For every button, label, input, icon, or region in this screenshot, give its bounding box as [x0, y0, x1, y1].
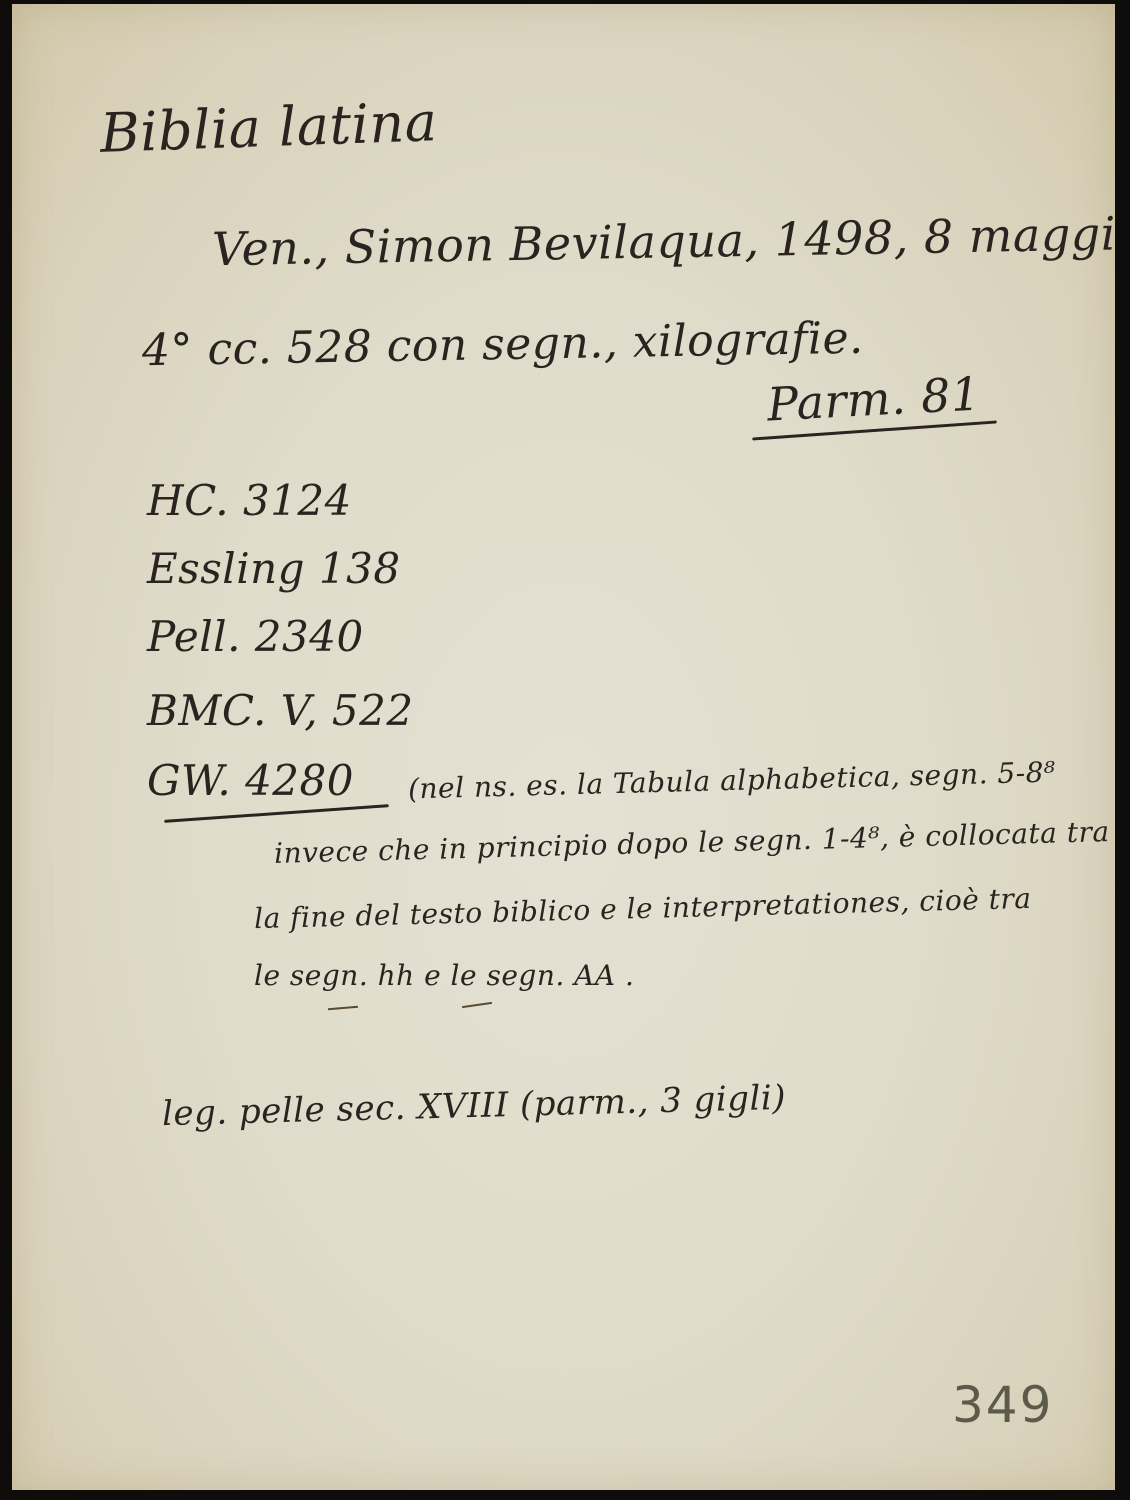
hh-underline	[328, 1006, 358, 1011]
binding-note: leg. pelle sec. XVIII (parm., 3 gigli)	[162, 1078, 787, 1134]
note-line-1: (nel ns. es. la Tabula alphabetica, segn…	[408, 756, 1056, 806]
note-line-2: invece che in principio dopo le segn. 1-…	[274, 815, 1110, 870]
note-line-3: la fine del testo biblico e le interpret…	[254, 882, 1032, 935]
card-title: Biblia latina	[99, 90, 438, 165]
aa-underline	[462, 1002, 492, 1008]
shelfmark: Parm. 81	[766, 366, 982, 431]
reference-essling: Essling 138	[147, 544, 401, 593]
reference-hc: HC. 3124	[147, 476, 352, 525]
imprint-line-1: Ven., Simon Bevilaqua, 1498, 8 maggio,	[212, 206, 1115, 277]
reference-gw: GW. 4280	[147, 756, 354, 805]
catalogue-card: Biblia latina Ven., Simon Bevilaqua, 149…	[12, 4, 1115, 1490]
note-line-4: le segn. hh e le segn. AA .	[254, 959, 634, 992]
imprint-line-2: 4° cc. 528 con segn., xilografie.	[142, 313, 864, 377]
reference-pell: Pell. 2340	[147, 612, 364, 661]
reference-gw-underline	[164, 804, 389, 823]
reference-bmc: BMC. V, 522	[147, 686, 414, 735]
folio-number: 349	[952, 1376, 1053, 1434]
